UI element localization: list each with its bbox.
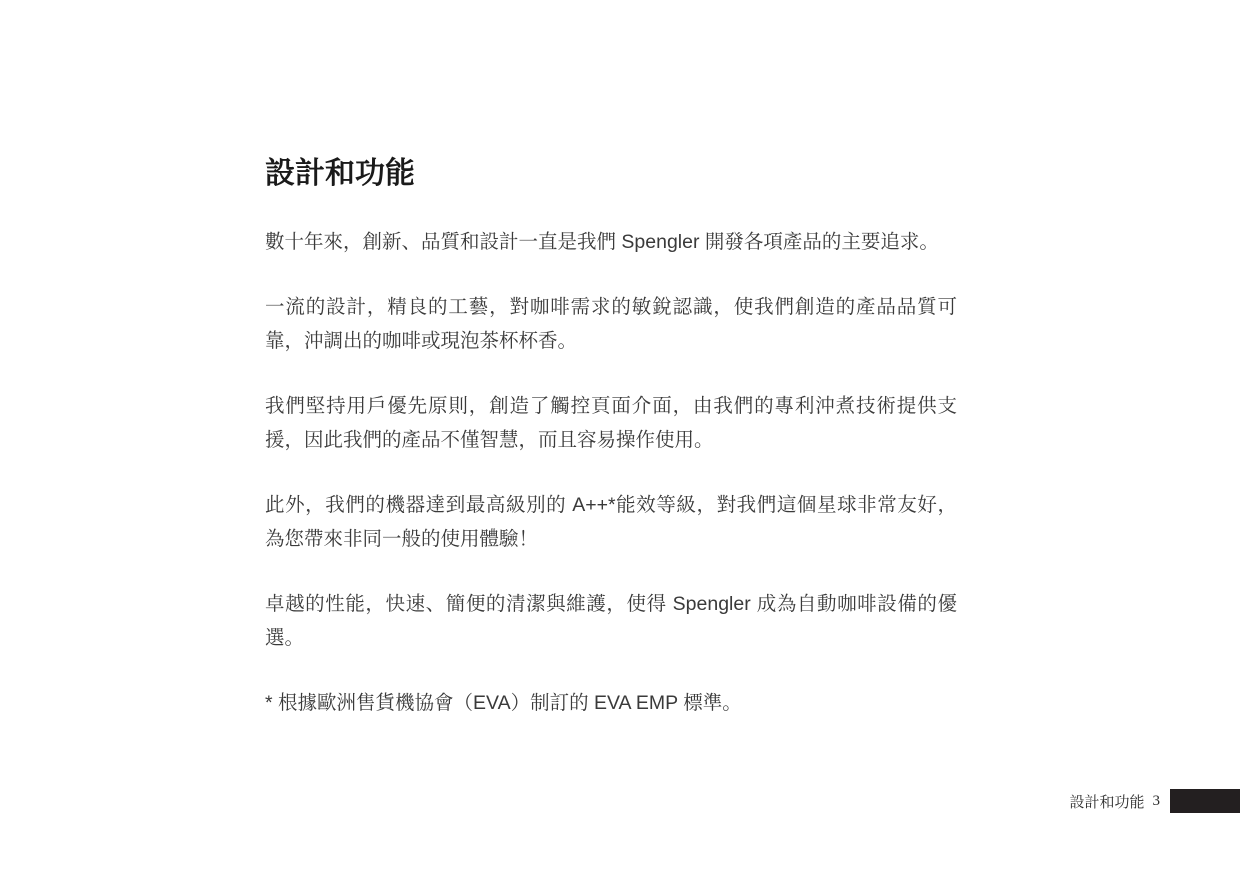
page-footer: 設計和功能 3 — [1069, 789, 1240, 813]
paragraph-5: 卓越的性能，快速、簡便的清潔與維護，使得 Spengler 成為自動咖啡設備的優… — [265, 587, 957, 655]
document-page: 設計和功能 數十年來，創新、品質和設計一直是我們 Spengler 開發各項產品… — [0, 0, 1240, 875]
footnote: * 根據歐洲售貨機協會（EVA）制訂的 EVA EMP 標準。 — [265, 686, 957, 720]
footer-page-number: 3 — [1153, 793, 1161, 810]
page-title: 設計和功能 — [265, 156, 957, 192]
footer-section-label: 設計和功能 — [1069, 791, 1144, 812]
footer-accent-bar — [1170, 789, 1240, 813]
paragraph-2: 一流的設計，精良的工藝，對咖啡需求的敏銳認識，使我們創造的產品品質可靠，沖調出的… — [265, 290, 957, 358]
paragraph-1: 數十年來，創新、品質和設計一直是我們 Spengler 開發各項產品的主要追求。 — [265, 225, 957, 259]
paragraph-4: 此外，我們的機器達到最高級別的 A++*能效等級，對我們這個星球非常友好，為您帶… — [265, 488, 957, 556]
paragraph-3: 我們堅持用戶優先原則，創造了觸控頁面介面，由我們的專利沖煮技術提供支援，因此我們… — [265, 389, 957, 457]
document-content: 設計和功能 數十年來，創新、品質和設計一直是我們 Spengler 開發各項產品… — [265, 156, 957, 720]
